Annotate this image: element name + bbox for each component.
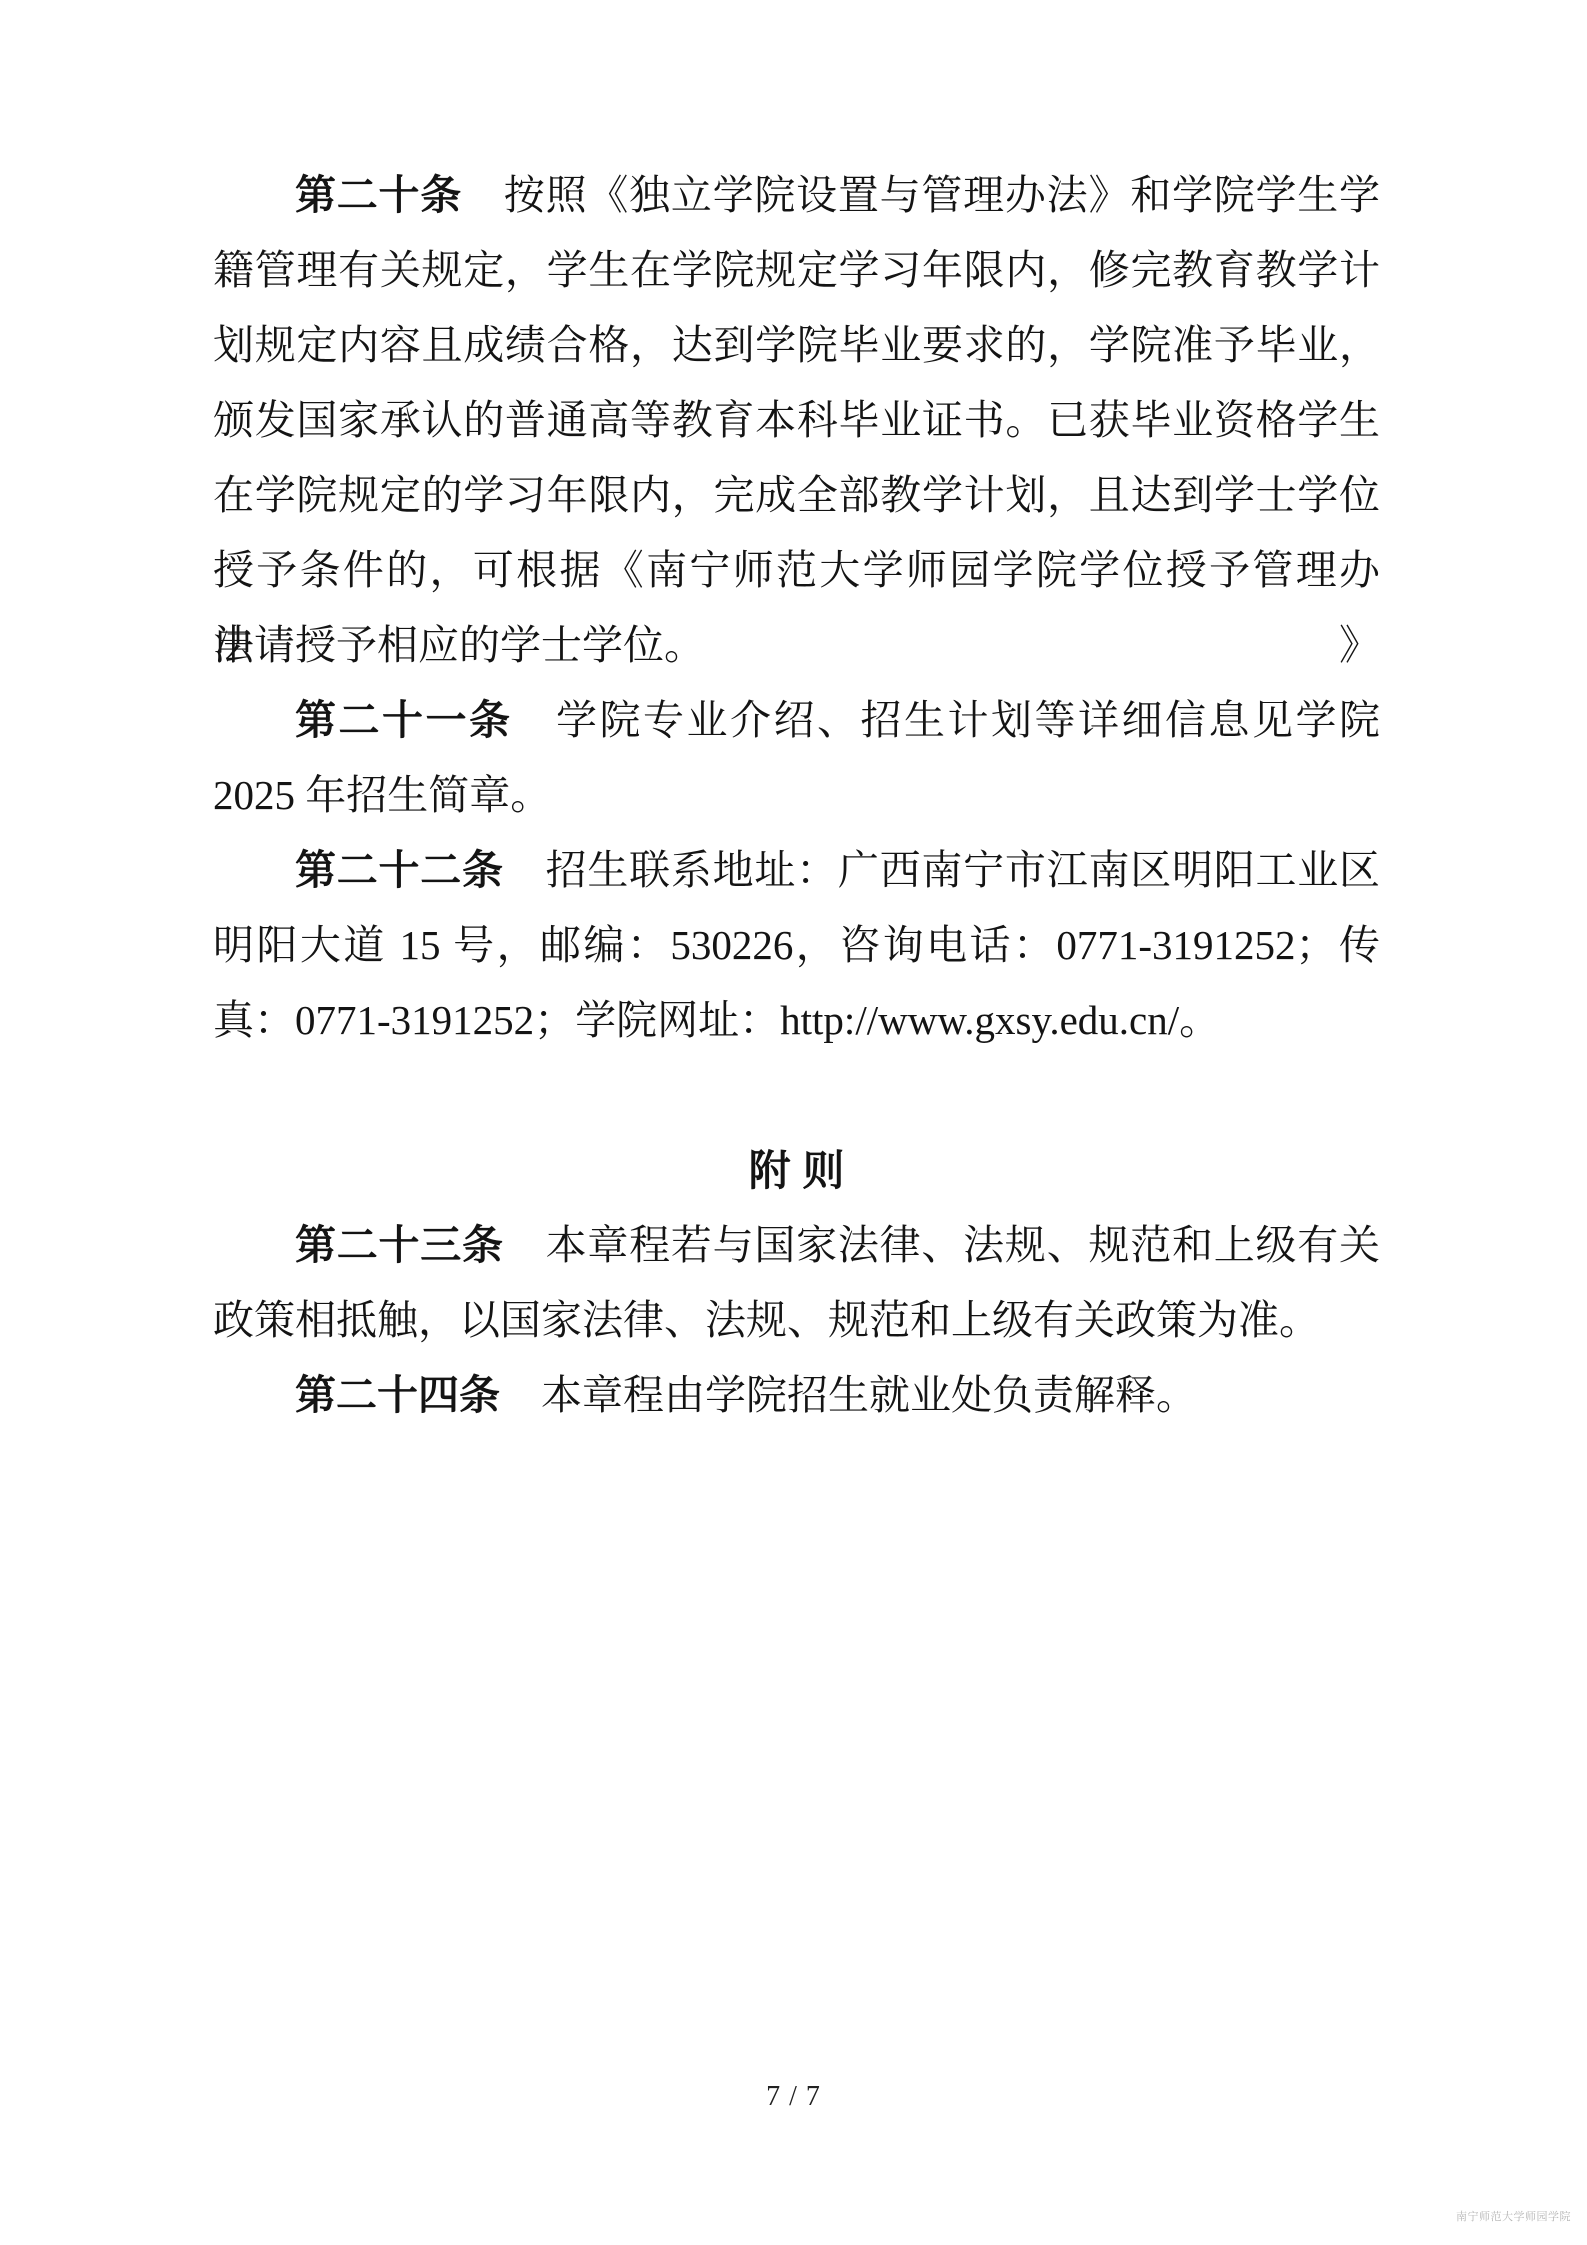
article-number: 第二十二条 — [295, 847, 504, 893]
document-line: 明阳大道 15 号，邮编：530226，咨询电话：0771-3191252；传 — [213, 908, 1380, 983]
document-line: 第二十三条 本章程若与国家法律、法规、规范和上级有关 — [213, 1208, 1380, 1283]
line-text: 籍管理有关规定，学生在学院规定学习年限内，修完教育教学计 — [213, 247, 1380, 293]
watermark: 南宁师范大学师园学院 — [1456, 2208, 1571, 2224]
document-line: 在学院规定的学习年限内，完成全部教学计划，且达到学士学位 — [213, 458, 1380, 533]
page-number: 7 / 7 — [0, 2081, 1587, 2113]
document-line: 真：0771-3191252；学院网址：http://www.gxsy.edu.… — [213, 983, 1380, 1058]
line-text: 真：0771-3191252；学院网址：http://www.gxsy.edu.… — [213, 997, 1220, 1043]
line-text: 招生联系地址：广西南宁市江南区明阳工业区 — [504, 847, 1380, 893]
line-text: 附 则 — [749, 1147, 845, 1194]
line-text: 学院专业介绍、招生计划等详细信息见学院 — [513, 697, 1381, 743]
article-number: 第二十四条 — [295, 1372, 500, 1418]
document-line: 第二十二条 招生联系地址：广西南宁市江南区明阳工业区 — [213, 833, 1380, 908]
line-text: 2025 年招生简章。 — [213, 772, 551, 818]
section-heading: 附 则 — [213, 1133, 1380, 1208]
line-text: 本章程由学院招生就业处负责解释。 — [500, 1372, 1197, 1418]
document-page: 第二十条 按照《独立学院设置与管理办法》和学院学生学籍管理有关规定，学生在学院规… — [0, 0, 1587, 2245]
document-line: 政策相抵触，以国家法律、法规、规范和上级有关政策为准。 — [213, 1283, 1380, 1358]
line-text: 明阳大道 15 号，邮编：530226，咨询电话：0771-3191252；传 — [213, 922, 1380, 968]
document-line: 第二十一条 学院专业介绍、招生计划等详细信息见学院 — [213, 683, 1380, 758]
line-text: 在学院规定的学习年限内，完成全部教学计划，且达到学士学位 — [213, 472, 1380, 518]
document-line: 颁发国家承认的普通高等教育本科毕业证书。已获毕业资格学生 — [213, 383, 1380, 458]
blank-line — [213, 1058, 1380, 1133]
document-line: 授予条件的，可根据《南宁师范大学师园学院学位授予管理办法》 — [213, 533, 1380, 608]
article-number: 第二十条 — [295, 172, 462, 218]
document-line: 第二十四条 本章程由学院招生就业处负责解释。 — [213, 1358, 1380, 1433]
document-line: 2025 年招生简章。 — [213, 758, 1380, 833]
article-number: 第二十三条 — [295, 1222, 504, 1268]
article-number: 第二十一条 — [295, 697, 513, 743]
document-line: 籍管理有关规定，学生在学院规定学习年限内，修完教育教学计 — [213, 233, 1380, 308]
line-text: 政策相抵触，以国家法律、法规、规范和上级有关政策为准。 — [213, 1297, 1320, 1343]
line-text: 划规定内容且成绩合格，达到学院毕业要求的，学院准予毕业， — [213, 322, 1380, 368]
document-line: 划规定内容且成绩合格，达到学院毕业要求的，学院准予毕业， — [213, 308, 1380, 383]
line-text: 申请授予相应的学士学位。 — [213, 622, 705, 668]
line-text: 按照《独立学院设置与管理办法》和学院学生学 — [462, 172, 1380, 218]
line-text: 本章程若与国家法律、法规、规范和上级有关 — [504, 1222, 1380, 1268]
document-body: 第二十条 按照《独立学院设置与管理办法》和学院学生学籍管理有关规定，学生在学院规… — [213, 158, 1380, 1433]
line-text: 颁发国家承认的普通高等教育本科毕业证书。已获毕业资格学生 — [213, 397, 1380, 443]
document-line: 第二十条 按照《独立学院设置与管理办法》和学院学生学 — [213, 158, 1380, 233]
